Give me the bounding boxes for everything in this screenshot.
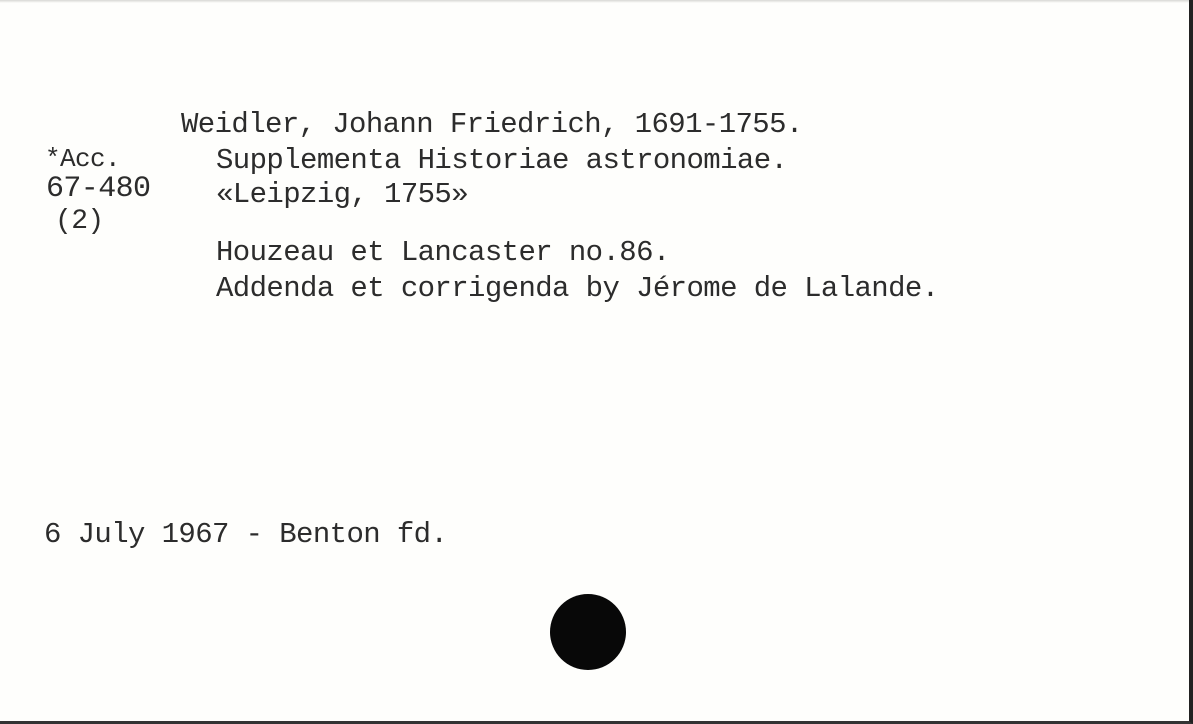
title-line: Supplementa Historiae astronomiae. bbox=[216, 144, 787, 177]
call-number-line-3: (2) bbox=[55, 206, 104, 237]
author-heading: Weidler, Johann Friedrich, 1691-1755. bbox=[181, 108, 803, 141]
reference-line: Houzeau et Lancaster no.86. bbox=[216, 236, 670, 269]
punch-hole-icon bbox=[550, 594, 626, 670]
imprint-line: «Leipzig, 1755» bbox=[216, 178, 468, 211]
card-top-edge bbox=[0, 0, 1189, 3]
catalog-card: *Acc. 67-480 (2) Weidler, Johann Friedri… bbox=[0, 0, 1193, 724]
accession-note: 6 July 1967 - Benton fd. bbox=[44, 518, 447, 551]
call-number-line-2: 67-480 bbox=[46, 172, 150, 206]
note-line: Addenda et corrigenda by Jérome de Lalan… bbox=[216, 272, 939, 305]
call-number-line-1: *Acc. bbox=[45, 144, 120, 174]
